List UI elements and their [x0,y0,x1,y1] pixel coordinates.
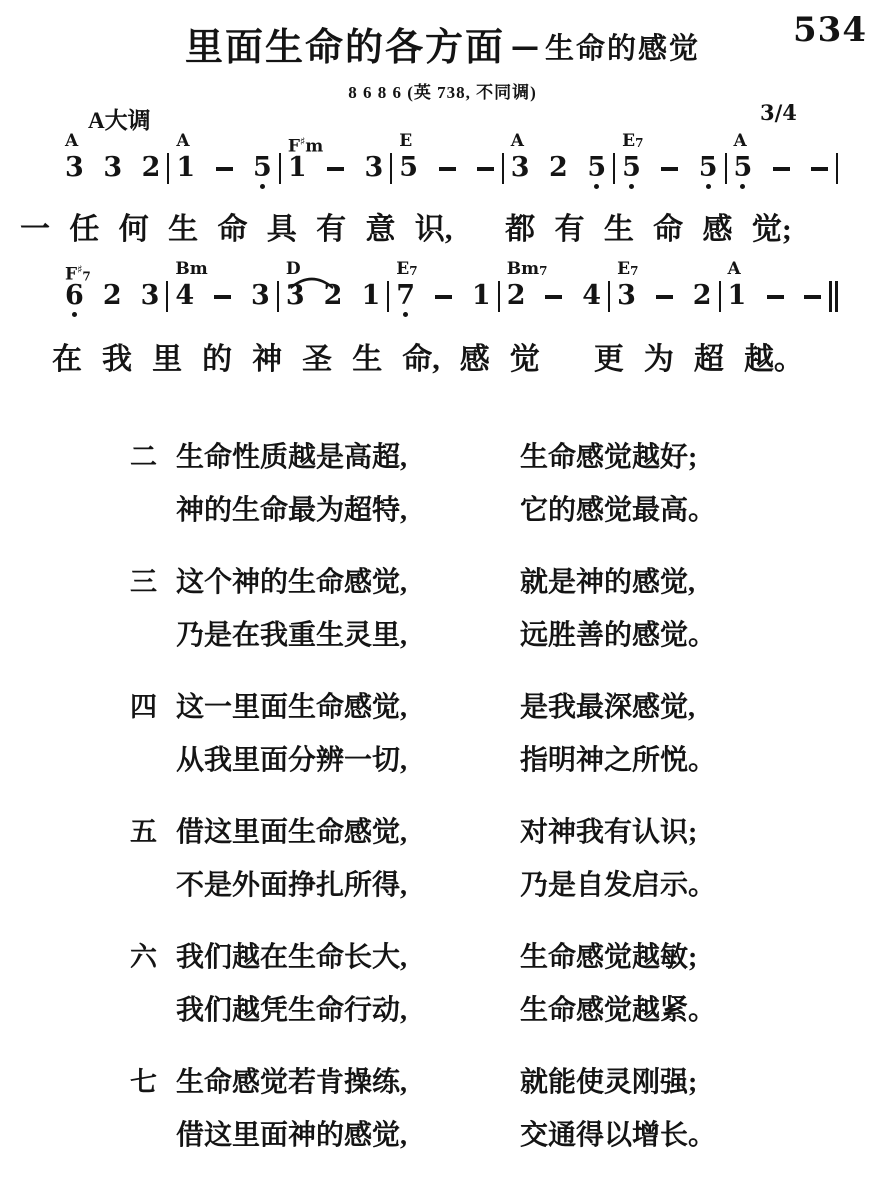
verse-text-left: 我们越凭生命行动, [176,988,520,1028]
dash-bar [545,295,562,299]
dash-bar [477,167,494,171]
notes-row: 15 [176,154,271,189]
verse-text-right: 生命感觉越紧。 [520,988,745,1028]
chord-number: 7 [82,270,90,284]
notes-row: 332 [65,154,160,189]
verse: 六我们越在生命长大,生命感觉越敏;我们越凭生命行动,生命感觉越紧。 [130,928,745,1034]
note-number: 3 [251,282,270,317]
notes-row: 1 [728,282,822,317]
verse-number: 七 [130,1060,176,1099]
dash-bar [656,295,673,299]
verse-text-left: 我们越在生命长大, [176,935,520,975]
notes-row: 55 [622,154,717,189]
octave-dot [740,184,745,189]
hymn-meter: 8 6 8 6 (英 738, 不同调) [0,78,885,103]
chord-letter: E [396,259,409,279]
duration-dash [434,282,452,299]
lyric-token: 命 [217,204,247,248]
chord-label: A [511,132,524,151]
lyric-token: 圣 [302,334,332,378]
hymn-sheet-page: 534 里面生命的各方面—生命的感觉 8 6 8 6 (英 738, 不同调) … [0,0,885,1195]
verse-text-left: 借这里面生命感觉, [176,810,520,850]
octave-dot [72,312,77,317]
verse-text-right: 指明神之所悦。 [520,738,745,778]
note-number: 3 [511,154,530,189]
lyric-token: 何 [119,204,149,248]
duration-dash [811,154,829,171]
lyric-token: 有 [316,204,346,248]
verse-text-right: 生命感觉越好; [520,435,745,475]
note-number: 3 [141,282,160,317]
note-digit: 3 [141,282,160,310]
note-digit: 2 [507,282,526,310]
lyric-token: 任 [69,204,99,248]
note-number: 1 [472,282,491,317]
measure: A15 [169,132,278,189]
verse-row: 从我里面分辨一切,指明神之所悦。 [130,731,745,784]
verse: 三这个神的生命感觉,就是神的感觉,乃是在我重生灵里,远胜善的感觉。 [130,553,745,659]
lyric-token: 感 [703,204,733,248]
note-digit: 5 [253,154,272,182]
verse-row: 不是外面挣扎所得,乃是自发启示。 [130,856,745,909]
measure: D321 [279,260,387,317]
lyric-line-2: 在我里的神圣生命,感觉更为超越。 [52,334,804,378]
verse-row: 神的生命最为超特,它的感觉最高。 [130,481,745,534]
chord-label: A [65,132,78,151]
verse-row: 借这里面神的感觉,交通得以增长。 [130,1106,745,1159]
note-number: 1 [361,282,380,317]
chord-letter: A [511,131,524,151]
dash-bar [216,167,233,171]
note-digit: 2 [549,154,568,182]
verse-row: 四这一里面生命感觉,是我最深感觉, [130,678,745,731]
chord-label: Bm7 [507,260,548,281]
measure: E771 [389,260,497,317]
lyric-token: 为 [644,334,674,378]
lyric-token: 都 [505,204,535,248]
note-number: 3 [617,282,636,317]
note-digit: 3 [103,154,122,182]
note-digit: 1 [728,282,747,310]
lyric-token: 越。 [744,334,804,378]
chord-label: E [399,132,412,151]
note-number: 1 [288,154,307,189]
verse-text-right: 乃是自发启示。 [520,863,745,903]
duration-dash [477,154,495,171]
dash-bar [214,295,231,299]
measure: E732 [610,260,718,317]
chord-letter: E [617,259,630,279]
note-digit: 2 [693,282,712,310]
note-number: 2 [142,154,161,189]
lyric-token: 生 [604,204,634,248]
chord-letter: A [176,131,189,151]
note-digit: 1 [288,154,307,182]
note-digit: 3 [617,282,636,310]
note-number: 5 [622,154,641,189]
verse-row: 六我们越在生命长大,生命感觉越敏; [130,928,745,981]
verse-text-right: 远胜善的感觉。 [520,613,745,653]
note-number: 7 [396,282,415,317]
verse-text-right: 就能使灵刚强; [520,1060,745,1100]
note-digit: 5 [399,154,418,182]
note-digit: 7 [396,282,415,310]
verses-block: 二生命性质越是高超,生命感觉越好;神的生命最为超特,它的感觉最高。三这个神的生命… [130,428,745,1178]
note-number: 5 [734,154,753,189]
hymn-title: 里面生命的各方面—生命的感觉 [0,16,885,71]
hymn-title-main: 里面生命的各方面 [185,25,505,69]
note-number: 4 [582,282,601,317]
note-digit: 4 [582,282,601,310]
chord-number: 7 [539,264,547,278]
staff-row: F♯7623Bm43D321E771Bm724E732A1 [58,260,838,317]
note-number: 3 [65,154,84,189]
lyric-token: 命, [402,334,440,378]
notes-row: 623 [65,282,159,317]
chord-letter: B [175,259,189,279]
chord-letter: m [190,259,208,279]
duration-dash [655,282,673,299]
verse-text-left: 不是外面挣扎所得, [176,863,520,903]
duration-dash [661,154,679,171]
dash-bar [435,295,452,299]
lyric-token: 生 [352,334,382,378]
chord-letter: m [521,259,539,279]
lyric-token: 感 [460,334,490,378]
note-number: 5 [399,154,418,189]
chord-label: Bm [175,260,207,279]
verse-text-right: 就是神的感觉, [520,560,745,600]
lyric-token: 意 [366,204,396,248]
verse: 五借这里面生命感觉,对神我有认识;不是外面挣扎所得,乃是自发启示。 [130,803,745,909]
note-number: 1 [176,154,195,189]
octave-dot [403,312,408,317]
verse-text-right: 它的感觉最高。 [520,488,745,528]
measure: F♯m13 [281,132,390,189]
notes-row: 71 [396,282,490,317]
chord-letter: F [288,137,300,157]
verse-text-right: 生命感觉越敏; [520,935,745,975]
lyric-token: 觉; [752,204,792,248]
verse-text-left: 神的生命最为超特, [176,488,520,528]
note-digit: 3 [251,282,270,310]
duration-dash [215,154,233,171]
bar-line [829,281,832,312]
verse-text-left: 生命性质越是高超, [176,435,520,475]
measure: Bm724 [500,260,608,317]
chord-label: E7 [617,260,638,281]
chord-letter: A [65,131,78,151]
lyric-token: 命 [653,204,683,248]
notes-row: 5 [399,154,494,189]
dash-bar [773,167,790,171]
verse-number: 四 [130,685,176,724]
lyric-token: 里 [152,334,182,378]
verse-number: 三 [130,560,176,599]
note-digit: 1 [472,282,491,310]
slur-arc [289,277,335,289]
note-number: 2 [693,282,712,317]
note-number: 1 [728,282,747,317]
chord-label: A [734,132,747,151]
duration-dash [327,154,345,171]
verse-row: 七生命感觉若肯操练,就能使灵刚强; [130,1053,745,1106]
note-digit: 5 [699,154,718,182]
chord-letter: E [399,131,412,151]
measure: A1 [721,260,829,317]
verse-row: 五借这里面生命感觉,对神我有认识; [130,803,745,856]
dash-bar [661,167,678,171]
note-number: 3 [364,154,383,189]
chord-label: E7 [396,260,417,281]
chord-letter: E [622,131,635,151]
measure: A332 [58,132,167,189]
bar-line [836,153,838,184]
note-digit: 3 [511,154,530,182]
verse-text-left: 生命感觉若肯操练, [176,1060,520,1100]
verse-text-left: 乃是在我重生灵里, [176,613,520,653]
lyric-token: 神 [252,334,282,378]
measure: Bm43 [168,260,276,317]
verse-text-right: 交通得以增长。 [520,1113,745,1153]
lyric-line-1: 一任何生命具有意识,都有生命感觉; [20,204,792,248]
octave-dot [629,184,634,189]
chord-label: F♯m [288,132,323,157]
chord-number: 7 [635,136,643,150]
dash-bar [767,295,784,299]
note-number: 2 [549,154,568,189]
lyric-token: 生 [168,204,198,248]
bar-line [835,281,838,312]
note-digit: 4 [175,282,194,310]
octave-dot [260,184,265,189]
lyric-token: 更 [594,334,624,378]
lyric-token: 我 [102,334,132,378]
verse-text-left: 这一里面生命感觉, [176,685,520,725]
chord-label: A [728,260,741,279]
verse-text-left: 借这里面神的感觉, [176,1113,520,1153]
notes-row: 32 [617,282,711,317]
notation-line-1: A332A15F♯m13E5A325E755A5 [58,132,838,189]
measure: E755 [615,132,724,189]
chord-label: F♯7 [65,260,91,287]
note-number: 4 [175,282,194,317]
note-digit: 5 [622,154,641,182]
dash-bar [811,167,828,171]
note-number: 5 [699,154,718,189]
measure: F♯7623 [58,260,166,317]
verse-number: 二 [130,435,176,474]
notes-row: 325 [511,154,606,189]
note-number: 2 [103,282,122,317]
note-digit: 2 [142,154,161,182]
note-number: 3 [103,154,122,189]
chord-letter: m [305,137,323,157]
lyric-token: 在 [52,334,82,378]
notes-row: 5 [734,154,829,189]
lyric-token: 一 [20,204,50,248]
lyric-token: 觉 [510,334,540,378]
verse-number: 五 [130,810,176,849]
chord-letter: B [507,259,521,279]
verse-number: 六 [130,935,176,974]
measure: E5 [392,132,501,189]
chord-letter: A [734,131,747,151]
chord-number: 7 [630,264,638,278]
notation-line-2: F♯7623Bm43D321E771Bm724E732A1 [58,260,838,317]
verse-row: 二生命性质越是高超,生命感觉越好; [130,428,745,481]
note-digit: 1 [176,154,195,182]
chord-letter: D [286,259,301,279]
verse: 四这一里面生命感觉,是我最深感觉,从我里面分辨一切,指明神之所悦。 [130,678,745,784]
verse-text-right: 是我最深感觉, [520,685,745,725]
note-digit: 5 [587,154,606,182]
dash-bar [804,295,821,299]
notes-row: 43 [175,282,269,317]
notes-row: 13 [288,154,383,189]
final-double-bar-line [829,281,838,312]
chord-number: 7 [409,264,417,278]
dash-bar [327,167,344,171]
note-digit: 5 [734,154,753,182]
note-number: 6 [65,282,84,317]
measure: A325 [504,132,613,189]
verse-row: 三这个神的生命感觉,就是神的感觉, [130,553,745,606]
hymn-title-subtitle: 生命的感觉 [545,31,700,65]
note-number: 5 [587,154,606,189]
verse-text-left: 这个神的生命感觉, [176,560,520,600]
duration-dash [214,282,232,299]
chord-letter: A [728,259,741,279]
note-digit: 3 [65,154,84,182]
verse: 七生命感觉若肯操练,就能使灵刚强;借这里面神的感觉,交通得以增长。 [130,1053,745,1159]
verse-row: 我们越凭生命行动,生命感觉越紧。 [130,981,745,1034]
duration-dash [438,154,456,171]
verse-row: 乃是在我重生灵里,远胜善的感觉。 [130,606,745,659]
lyric-token: 有 [554,204,584,248]
notes-row: 24 [507,282,601,317]
lyric-token: 具 [267,204,297,248]
verse-text-right: 对神我有认识; [520,810,745,850]
note-digit: 2 [103,282,122,310]
dash-bar [439,167,456,171]
duration-dash [545,282,563,299]
staff-row: A332A15F♯m13E5A325E755A5 [58,132,838,189]
duration-dash [766,282,784,299]
chord-letter: F [65,265,77,285]
octave-dot [594,184,599,189]
note-digit: 3 [364,154,383,182]
title-separator-dash: — [511,30,539,63]
note-number: 5 [253,154,272,189]
duration-dash [804,282,822,299]
verse: 二生命性质越是高超,生命感觉越好;神的生命最为超特,它的感觉最高。 [130,428,745,534]
chord-label: A [176,132,189,151]
time-signature: 3/4 [760,100,797,125]
lyric-token: 识, [415,204,453,248]
lyric-token: 超 [694,334,724,378]
note-digit: 1 [361,282,380,310]
lyric-token: 的 [202,334,232,378]
key-signature: A大调 [88,102,151,135]
verse-text-left: 从我里面分辨一切, [176,738,520,778]
measure: A5 [727,132,836,189]
chord-label: E7 [622,132,643,153]
note-number: 2 [507,282,526,317]
octave-dot [706,184,711,189]
duration-dash [773,154,791,171]
